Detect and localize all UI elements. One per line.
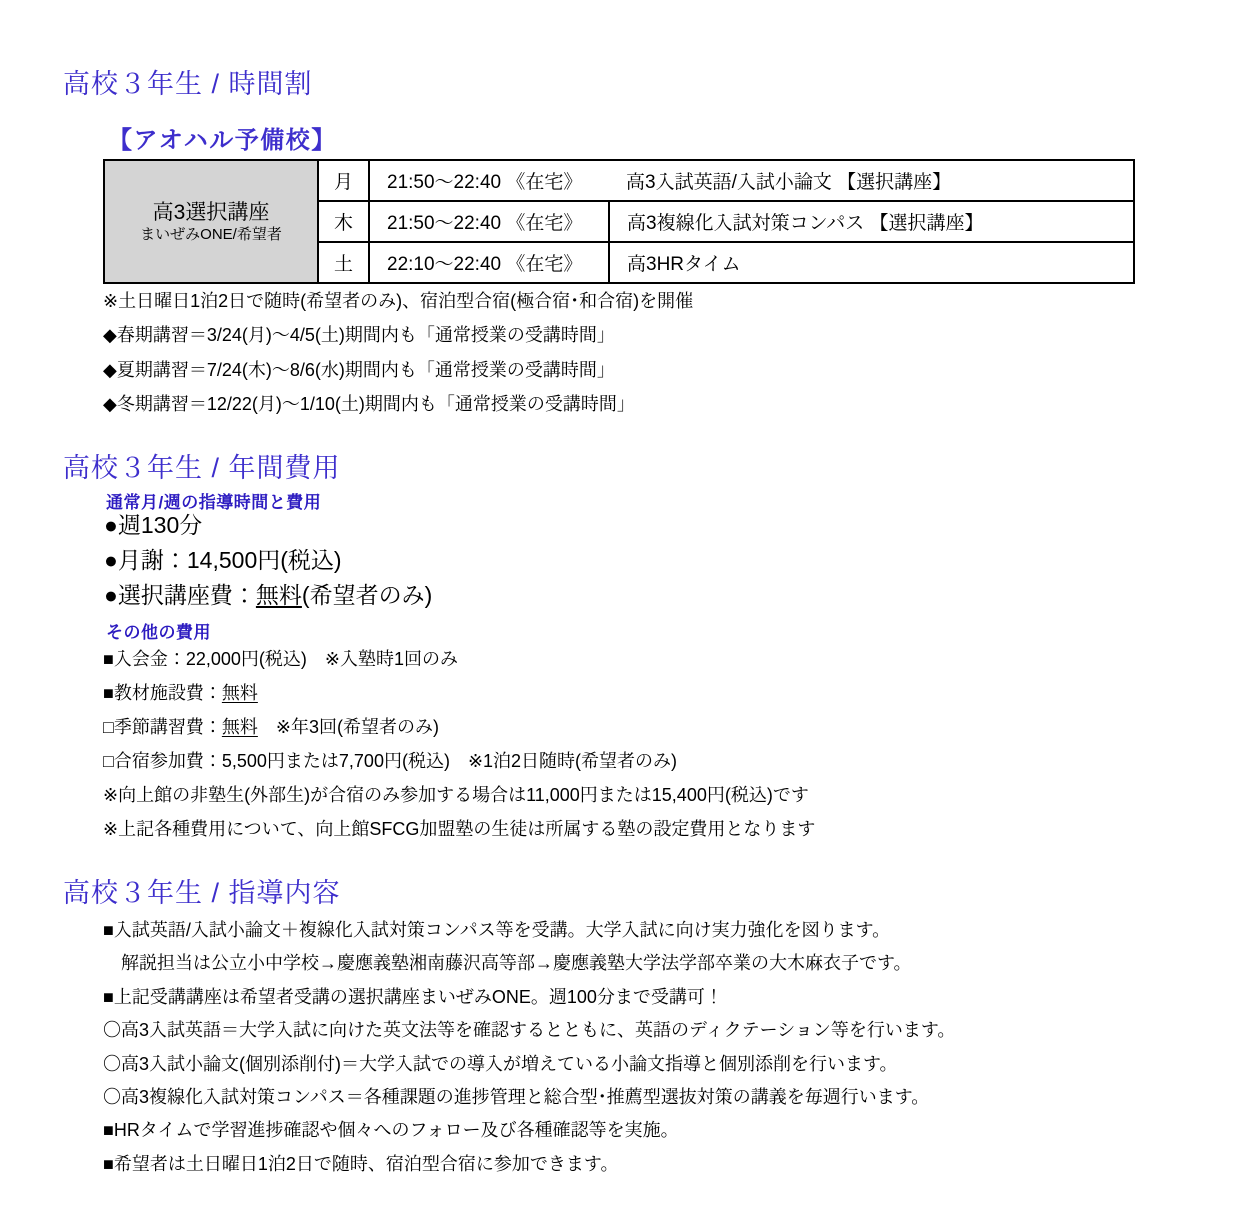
fee-note-line: ※上記各種費用について、向上館SFCG加盟塾の生徒は所属する塾の設定費用となりま… [103, 812, 815, 846]
subject-cell: 高3入試英語/入試小論文 【選択講座】 [609, 160, 1134, 201]
fee-line: ●選択講座費：無料(希望者のみ) [104, 578, 432, 613]
timetable-table: 高3選択講座 まいぜみONE/希望者 月 21:50～22:40 《在宅》 高3… [103, 159, 1135, 284]
course-subname-label: まいぜみONE/希望者 [106, 226, 316, 244]
fee-line: □季節講習費：無料 ※年3回(希望者のみ) [103, 710, 815, 744]
other-fee-list: ■入会金：22,000円(税込) ※入塾時1回のみ ■教材施設費：無料 □季節講… [103, 642, 815, 847]
note-line: ※土日曜日1泊2日で随時(希望者のみ)、宿泊型合宿(極合宿･和合宿)を開催 [103, 284, 693, 318]
guidance-line: ■入試英語/入試小論文＋複線化入試対策コンパス等を受講。大学入試に向け実力強化を… [103, 914, 955, 947]
day-cell: 月 [318, 160, 369, 201]
course-name-label: 高3選択講座 [106, 200, 316, 226]
fee-line: ●月謝：14,500円(税込) [104, 543, 432, 578]
guidance-line: 解説担当は公立小中学校→慶應義塾湘南藤沢高等部→慶應義塾大学法学部卒業の大木麻衣… [103, 947, 955, 980]
day-cell: 木 [318, 201, 369, 242]
guidance-line: 〇高3入試小論文(個別添削付)＝大学入試での導入が増えている小論文指導と個別添削… [103, 1048, 955, 1081]
section-title-fees: 高校３年生 / 年間費用 [63, 446, 341, 485]
timetable-notes: ※土日曜日1泊2日で随時(希望者のみ)、宿泊型合宿(極合宿･和合宿)を開催 ◆春… [103, 284, 693, 422]
guidance-line: ■希望者は土日曜日1泊2日で随時、宿泊型合宿に参加できます。 [103, 1148, 955, 1181]
time-cell: 22:10～22:40 《在宅》 [369, 242, 609, 283]
fee-note-line: ※向上館の非塾生(外部生)が合宿のみ参加する場合は11,000円または15,40… [103, 778, 815, 812]
fee-line: ●週130分 [104, 508, 432, 543]
fee-line: ■入会金：22,000円(税込) ※入塾時1回のみ [103, 642, 815, 676]
regular-fee-list: ●週130分 ●月謝：14,500円(税込) ●選択講座費：無料(希望者のみ) [104, 508, 432, 614]
fee-line: □合宿参加費：5,500円または7,700円(税込) ※1泊2日随時(希望者のみ… [103, 744, 815, 778]
school-name-label: 【アオハル予備校】 [108, 120, 337, 155]
section-title-guidance: 高校３年生 / 指導内容 [63, 871, 341, 910]
note-line: ◆冬期講習＝12/22(月)～1/10(土)期間内も「通常授業の受講時間」 [103, 387, 693, 421]
note-line: ◆春期講習＝3/24(月)～4/5(土)期間内も「通常授業の受講時間」 [103, 318, 693, 352]
document-page: { "colors": { "heading": "#3D2ECC", "sub… [0, 0, 1241, 1212]
guidance-line: 〇高3入試英語＝大学入試に向けた英文法等を確認するとともに、英語のディクテーショ… [103, 1014, 955, 1047]
timetable-row: 高3選択講座 まいぜみONE/希望者 月 21:50～22:40 《在宅》 高3… [104, 160, 1134, 201]
guidance-line: ■HRタイムで学習進捗確認や個々へのフォロー及び各種確認等を実施。 [103, 1114, 955, 1147]
section-title-timetable: 高校３年生 / 時間割 [63, 62, 313, 101]
fees-subheading-other: その他の費用 [106, 618, 211, 643]
time-cell: 21:50～22:40 《在宅》 [369, 201, 609, 242]
guidance-line: 〇高3複線化入試対策コンパス＝各種課題の進捗管理と総合型･推薦型選抜対策の講義を… [103, 1081, 955, 1114]
note-line: ◆夏期講習＝7/24(木)～8/6(水)期間内も「通常授業の受講時間」 [103, 353, 693, 387]
fee-line: ■教材施設費：無料 [103, 676, 815, 710]
day-cell: 土 [318, 242, 369, 283]
time-cell: 21:50～22:40 《在宅》 [369, 160, 609, 201]
subject-cell: 高3複線化入試対策コンパス 【選択講座】 [609, 201, 1134, 242]
guidance-line: ■上記受講講座は希望者受講の選択講座まいぜみONE。週100分まで受講可！ [103, 981, 955, 1014]
subject-cell: 高3HRタイム [609, 242, 1134, 283]
guidance-list: ■入試英語/入試小論文＋複線化入試対策コンパス等を受講。大学入試に向け実力強化を… [103, 914, 955, 1181]
timetable-course-header-cell: 高3選択講座 まいぜみONE/希望者 [104, 160, 318, 283]
